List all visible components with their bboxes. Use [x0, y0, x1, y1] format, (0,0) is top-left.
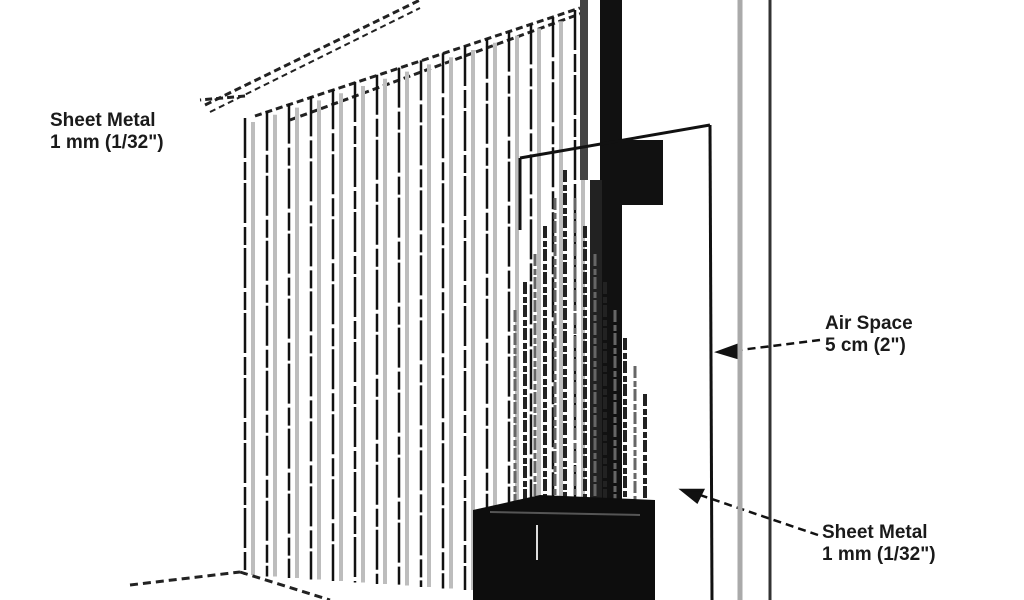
label-air-space: Air Space 5 cm (2") — [825, 313, 913, 357]
label-sheet-metal-top: Sheet Metal 1 mm (1/32") — [50, 110, 164, 154]
floor-edges — [130, 572, 330, 600]
label-title: Air Space — [825, 313, 913, 335]
label-dimension: 5 cm (2") — [825, 335, 913, 357]
label-title: Sheet Metal — [50, 110, 164, 132]
leader-top-left — [210, 8, 420, 112]
stove-heat-shield-drawing — [0, 0, 1024, 600]
label-dimension: 1 mm (1/32") — [50, 132, 164, 154]
arrow-sheet-metal-bottom — [682, 490, 818, 535]
label-sheet-metal-bottom: Sheet Metal 1 mm (1/32") — [822, 522, 936, 566]
label-title: Sheet Metal — [822, 522, 936, 544]
stove-body — [473, 495, 655, 600]
label-dimension: 1 mm (1/32") — [822, 544, 936, 566]
wall-top-edges — [200, 0, 585, 120]
diagram-canvas: Sheet Metal 1 mm (1/32") Air Space 5 cm … — [0, 0, 1024, 600]
